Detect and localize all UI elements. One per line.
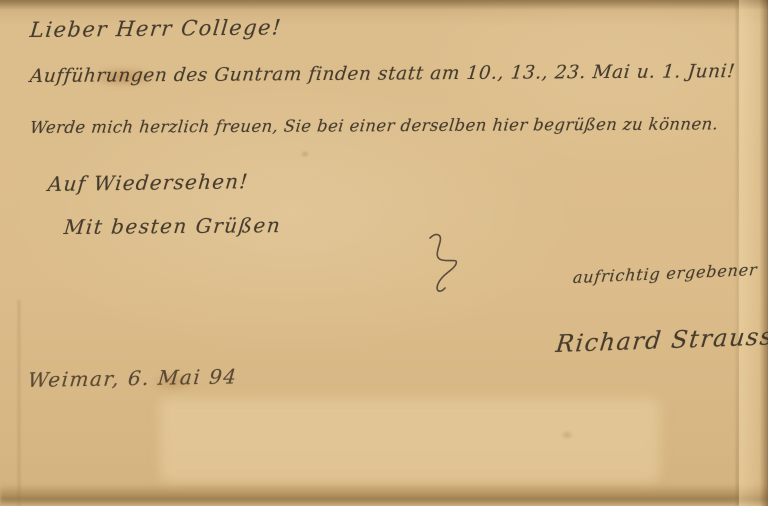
place-and-date-line: Weimar, 6. Mai 94 — [27, 364, 239, 392]
paper-right-margin-strip — [739, 0, 768, 506]
paper-crease-left — [18, 300, 20, 506]
farewell-line: Auf Wiedersehen! — [47, 169, 250, 196]
regards-line: Mit besten Grüßen — [63, 213, 283, 239]
postcard-photo: Lieber Herr College! Aufführungen des Gu… — [0, 0, 768, 506]
salutation-line: Lieber Herr College! — [29, 15, 283, 42]
body-line-invitation: Werde mich herzlich freuen, Sie bei eine… — [29, 114, 719, 137]
paper-top-edge-shadow — [0, 0, 768, 10]
foxing-spot — [560, 430, 574, 440]
paper-light-patch — [160, 398, 660, 482]
ihr-flourish-icon — [412, 230, 472, 300]
foxing-spot — [300, 150, 310, 158]
paper-bottom-edge-smudge — [0, 484, 768, 506]
